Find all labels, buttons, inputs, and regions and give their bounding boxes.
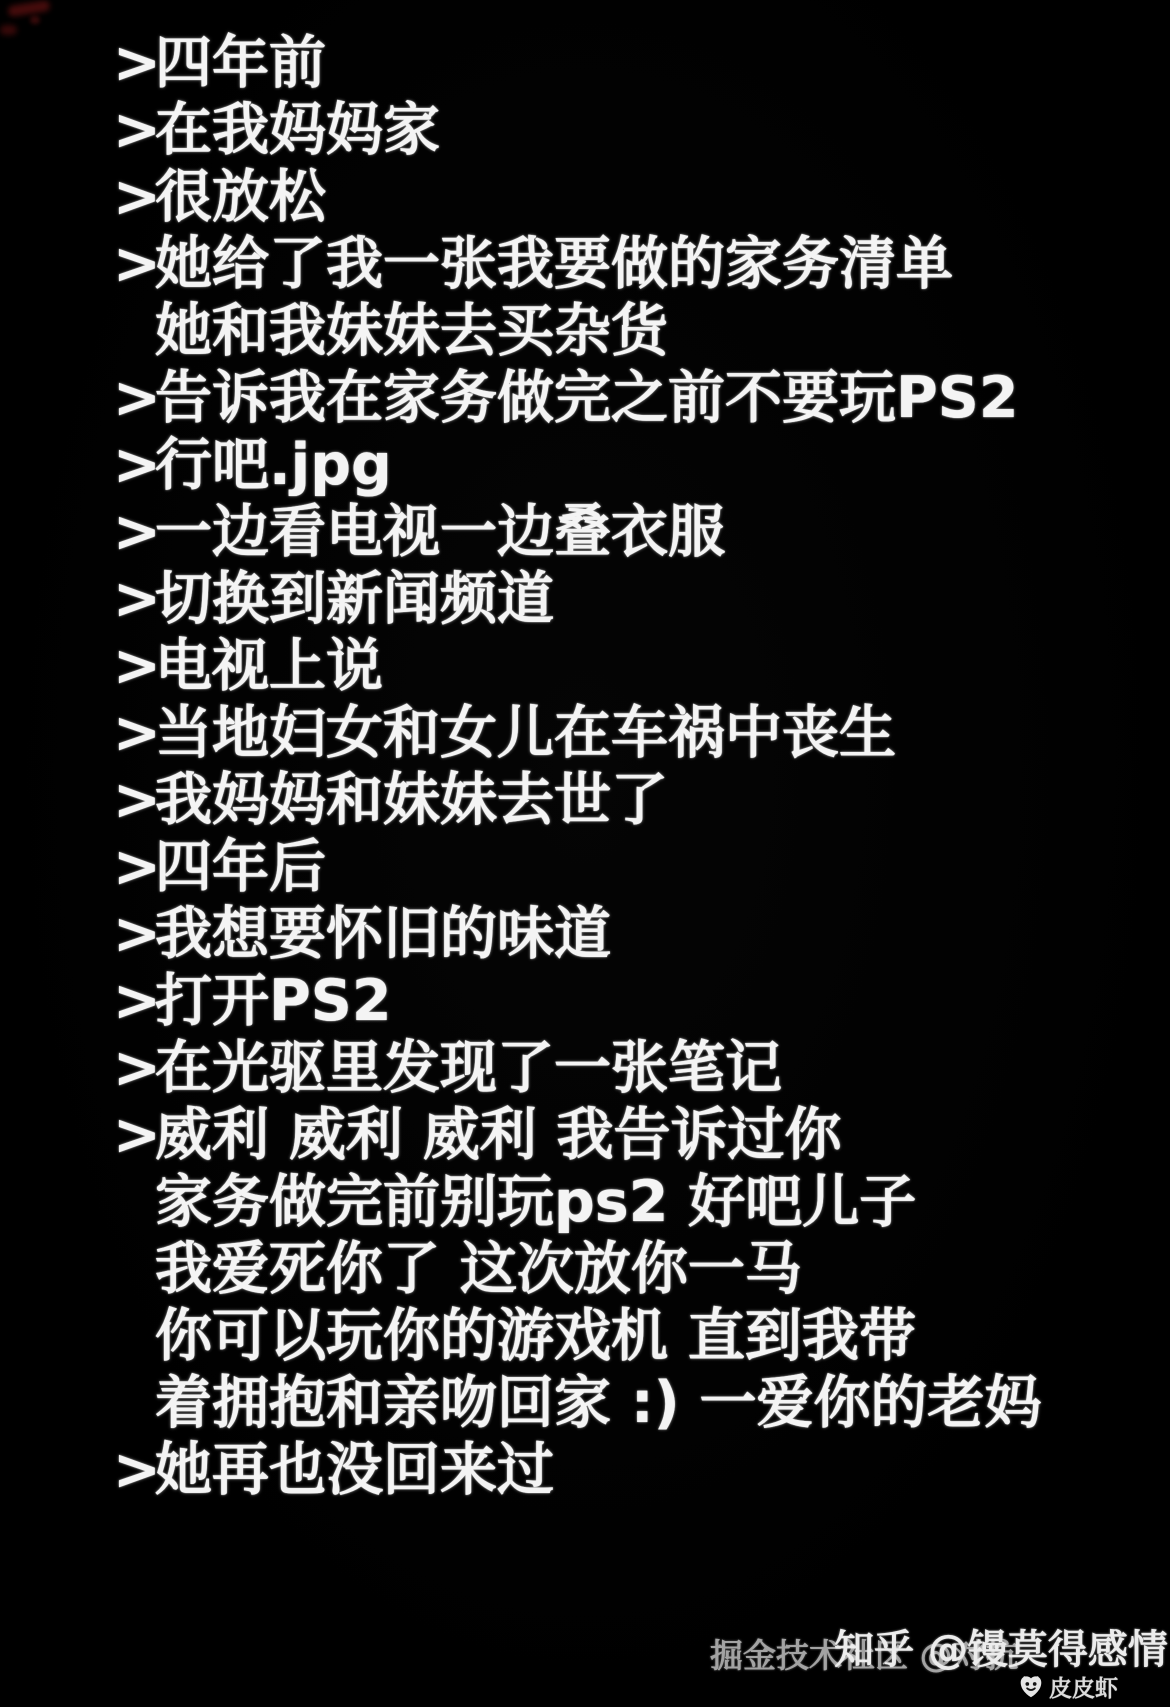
greentext-line: >她再也没回来过 (113, 1437, 1143, 1504)
greentext-line: >我想要怀旧的味道 (113, 901, 1143, 968)
line-text: 她给了我一张我要做的家务清单 (155, 231, 953, 297)
greentext-line: 你可以玩你的游戏机 直到我带 (113, 1303, 1143, 1370)
meme-screenshot-root: >四年前 >在我妈妈家 >很放松 >她给了我一张我要做的家务清单 她和我妹妹去买… (0, 0, 1170, 1707)
pipixia-shrimp-icon (1018, 1674, 1044, 1700)
greentext-line: >切换到新闻频道 (113, 566, 1143, 633)
corner-red-artifact (30, 16, 40, 24)
greentext-line: >我妈妈和妹妹去世了 (113, 767, 1143, 834)
greentext-line: >在光驱里发现了一张笔记 (113, 1035, 1143, 1102)
quote-prefix: > (113, 499, 155, 566)
line-text: 很放松 (155, 164, 326, 230)
quote-prefix: > (113, 633, 155, 700)
line-text: 在我妈妈家 (155, 97, 440, 163)
greentext-line: >打开PS2 (113, 968, 1143, 1035)
greentext-line: 我爱死你了 这次放你一马 (113, 1236, 1143, 1303)
line-text: 我爱死你了 这次放你一马 (155, 1236, 802, 1302)
line-text: 告诉我在家务做完之前不要玩PS2 (155, 365, 1019, 431)
quote-prefix: > (113, 700, 155, 767)
line-text: 四年后 (155, 834, 326, 900)
greentext-block: >四年前 >在我妈妈家 >很放松 >她给了我一张我要做的家务清单 她和我妹妹去买… (113, 30, 1143, 1504)
greentext-line: >威利 威利 威利 我告诉过你 (113, 1102, 1143, 1169)
quote-prefix: > (113, 566, 155, 633)
greentext-line: >很放松 (113, 164, 1143, 231)
greentext-line: >四年前 (113, 30, 1143, 97)
quote-prefix: > (113, 767, 155, 834)
quote-prefix: > (113, 30, 155, 97)
greentext-line: 着拥抱和亲吻回家 :) 一爱你的老妈 (113, 1370, 1143, 1437)
quote-prefix: > (113, 432, 155, 499)
line-text: 打开PS2 (155, 968, 392, 1034)
greentext-line: 她和我妹妹去买杂货 (113, 298, 1143, 365)
line-text: 在光驱里发现了一张笔记 (155, 1035, 782, 1101)
greentext-line: >在我妈妈家 (113, 97, 1143, 164)
quote-prefix: > (113, 164, 155, 231)
quote-prefix: > (113, 834, 155, 901)
quote-prefix: > (113, 365, 155, 432)
greentext-line: >行吧.jpg (113, 432, 1143, 499)
quote-prefix: > (113, 1035, 155, 1102)
line-text: 威利 威利 威利 我告诉过你 (155, 1102, 842, 1168)
quote-prefix: > (113, 1102, 155, 1169)
corner-red-artifact (7, 0, 50, 17)
line-text: 我想要怀旧的味道 (155, 901, 611, 967)
line-text: 电视上说 (155, 633, 383, 699)
quote-prefix: > (113, 1437, 155, 1504)
line-text: 行吧.jpg (155, 432, 392, 498)
greentext-line: >一边看电视一边叠衣服 (113, 499, 1143, 566)
quote-prefix: > (113, 97, 155, 164)
greentext-line: 家务做完前别玩ps2 好吧儿子 (113, 1169, 1143, 1236)
line-text: 我妈妈和妹妹去世了 (155, 767, 668, 833)
greentext-line: >告诉我在家务做完之前不要玩PS2 (113, 365, 1143, 432)
line-text: 家务做完前别玩ps2 好吧儿子 (155, 1169, 916, 1235)
greentext-line: >电视上说 (113, 633, 1143, 700)
quote-prefix: > (113, 231, 155, 298)
line-text: 着拥抱和亲吻回家 :) 一爱你的老妈 (155, 1370, 1042, 1436)
pipixia-watermark-label: 皮皮虾 (1049, 1670, 1118, 1703)
line-text: 她再也没回来过 (155, 1437, 554, 1503)
line-text: 一边看电视一边叠衣服 (155, 499, 725, 565)
line-text: 当地妇女和女儿在车祸中丧生 (155, 700, 896, 766)
line-text: 你可以玩你的游戏机 直到我带 (155, 1303, 916, 1369)
pipixia-watermark: 皮皮虾 (1018, 1670, 1118, 1703)
greentext-line: >当地妇女和女儿在车祸中丧生 (113, 700, 1143, 767)
line-text: 四年前 (155, 30, 326, 96)
corner-red-artifact (0, 25, 17, 35)
line-text: 切换到新闻频道 (155, 566, 554, 632)
zhihu-watermark: 知乎 @镘莫得感情 (834, 1618, 1168, 1675)
line-text: 她和我妹妹去买杂货 (155, 298, 668, 364)
quote-prefix: > (113, 968, 155, 1035)
quote-prefix: > (113, 901, 155, 968)
greentext-line: >四年后 (113, 834, 1143, 901)
greentext-line: >她给了我一张我要做的家务清单 (113, 231, 1143, 298)
